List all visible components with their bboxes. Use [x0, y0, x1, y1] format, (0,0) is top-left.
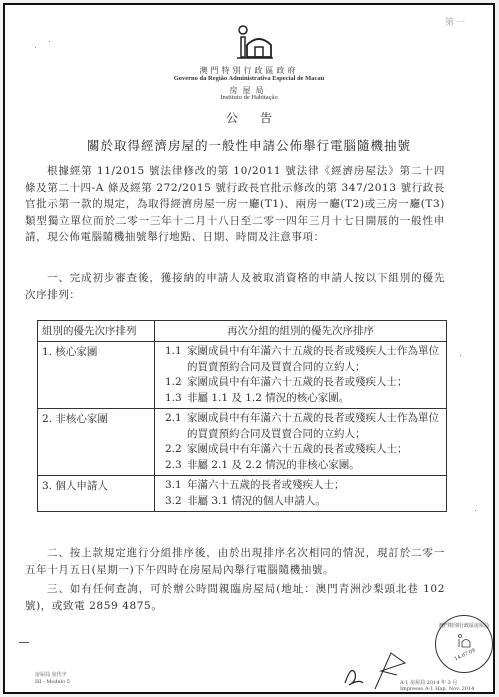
subgroup-text: 家團成員中有年滿六十五歲的長者或殘疾人士作為單位的買賣預約合同及買賣合同的立約人…: [187, 344, 442, 375]
document-title: 關於取得經濟房屋的一般性申請公佈舉行電腦隨機抽號: [5, 136, 493, 154]
institute-name-portuguese: Instituto de Habitação: [5, 94, 493, 101]
seal-ring-text: 澳門特別行政區房屋局: [439, 622, 489, 629]
subgroup-item: 1.2家團成員中有年滿六十五歲的長者或殘疾人士；: [159, 375, 442, 391]
scan-speckle: [49, 41, 50, 42]
subgroup-number: 1.1: [159, 344, 187, 375]
subgroup-number: 3.2: [159, 494, 187, 510]
section-1-paragraph: 一、完成初步審查後，獲接納的申請人及被取消資格的申請人按以下組別的優先次序排列：: [25, 270, 445, 303]
seal-date: 14.07.09: [448, 645, 481, 665]
scan-speckle: [35, 47, 36, 48]
table-row: 3. 個人申請人 3.1年滿六十五歲的長者或殘疾人士； 3.2非屬 3.1 情況…: [38, 476, 447, 512]
subgroup-cell: 2.1家團成員中有年滿六十五歲的長者或殘疾人士作為單位的買賣預約合同及買賣合同的…: [155, 409, 447, 476]
subgroup-item: 1.1家團成員中有年滿六十五歲的長者或殘疾人士作為單位的買賣預約合同及買賣合同的…: [159, 344, 442, 375]
subgroup-item: 3.1年滿六十五歲的長者或殘疾人士；: [159, 478, 442, 494]
subgroup-text: 家團成員中有年滿六十五歲的長者或殘疾人士作為單位的買賣預約合同及買賣合同的立約人…: [187, 411, 442, 442]
subgroup-item: 3.2非屬 3.1 情況的個人申請人。: [159, 494, 442, 510]
margin-dash-mark: [19, 642, 29, 643]
group-cell: 3. 個人申請人: [38, 476, 155, 512]
subgroup-item: 1.3非屬 1.1 及 1.2 情況的核心家團。: [159, 391, 442, 407]
subgroup-text: 非屬 1.1 及 1.2 情況的核心家團。: [187, 391, 442, 407]
section-2-paragraph: 二、按上款規定進行分組排序後，由於出現排序名次相同的情況，現訂於二零一五年十月五…: [25, 545, 445, 578]
subgroup-number: 2.1: [159, 411, 187, 442]
table-row: 1. 核心家團 1.1家團成員中有年滿六十五歲的長者或殘疾人士作為單位的買賣預約…: [38, 342, 447, 409]
intro-paragraph: 根據經第 11/2015 號法律修改的第 10/2011 號法律《經濟房屋法》第…: [25, 163, 445, 246]
scan-speckle: [460, 355, 461, 356]
page-corner-mark: 第一: [445, 15, 467, 28]
subgroup-item: 2.1家團成員中有年滿六十五歲的長者或殘疾人士作為單位的買賣預約合同及買賣合同的…: [159, 411, 442, 442]
seal-logo-icon: [456, 634, 472, 648]
subgroup-text: 家團成員中有年滿六十五歲的長者或殘疾人士；: [187, 375, 442, 391]
subgroup-item: 2.2家團成員中有年滿六十五歲的長者或殘疾人士；: [159, 442, 442, 458]
subgroup-item: 2.3非屬 2.1 及 2.2 情況的非核心家團。: [159, 458, 442, 474]
subgroup-text: 年滿六十五歲的長者或殘疾人士；: [187, 478, 442, 494]
subgroup-text: 家團成員中有年滿六十五歲的長者或殘疾人士；: [187, 442, 442, 458]
group-cell: 1. 核心家團: [38, 342, 155, 409]
footer-left-line-2: IH - Modelo 5: [35, 679, 70, 686]
section-3-paragraph: 三、如有任何查詢，可於辦公時間親臨房屋局(地址：澳門青洲沙梨頭北巷 102 號)…: [25, 581, 445, 614]
subgroup-number: 2.2: [159, 442, 187, 458]
table-header-subgroup: 再次分組的組別的優先次序排序: [155, 321, 447, 342]
priority-table: 組別的優先次序排列 再次分組的組別的優先次序排序 1. 核心家團 1.1家團成員…: [37, 320, 447, 512]
housing-institute-logo-icon: [233, 25, 275, 61]
footer-right-line-2: Impresso A-1 Hap. Nov. 2014: [400, 686, 474, 692]
table-header-row: 組別的優先次序排列 再次分組的組別的優先次序排序: [38, 321, 447, 342]
subgroup-number: 3.1: [159, 478, 187, 494]
subgroup-number: 1.2: [159, 375, 187, 391]
subgroup-text: 非屬 3.1 情況的個人申請人。: [187, 494, 442, 510]
notice-label: 公告: [5, 109, 493, 126]
footer-print-info: A-1 房屋局 2014 年 3 月 Impresso A-1 Hap. Nov…: [400, 680, 474, 692]
table-header-group: 組別的優先次序排列: [38, 321, 155, 342]
footer-form-code: 房屋局 室代字 IH - Modelo 5: [35, 672, 70, 686]
notice-document-page: 第一 澳門特別行政區政府 Governo da Região Administr…: [3, 3, 495, 694]
government-name-portuguese: Governo da Região Administrativa Especia…: [5, 75, 493, 82]
subgroup-text: 非屬 2.1 及 2.2 情況的非核心家團。: [187, 458, 442, 474]
scan-speckle: [475, 510, 476, 511]
table-row: 2. 非核心家團 2.1家團成員中有年滿六十五歲的長者或殘疾人士作為單位的買賣預…: [38, 409, 447, 476]
subgroup-cell: 3.1年滿六十五歲的長者或殘疾人士； 3.2非屬 3.1 情況的個人申請人。: [155, 476, 447, 512]
footer-left-line-1: 房屋局 室代字: [35, 672, 70, 679]
subgroup-number: 2.3: [159, 458, 187, 474]
subgroup-number: 1.3: [159, 391, 187, 407]
official-seal-icon: 澳門特別行政區房屋局 14.07.09: [435, 615, 493, 673]
group-cell: 2. 非核心家團: [38, 409, 155, 476]
subgroup-cell: 1.1家團成員中有年滿六十五歲的長者或殘疾人士作為單位的買賣預約合同及買賣合同的…: [155, 342, 447, 409]
